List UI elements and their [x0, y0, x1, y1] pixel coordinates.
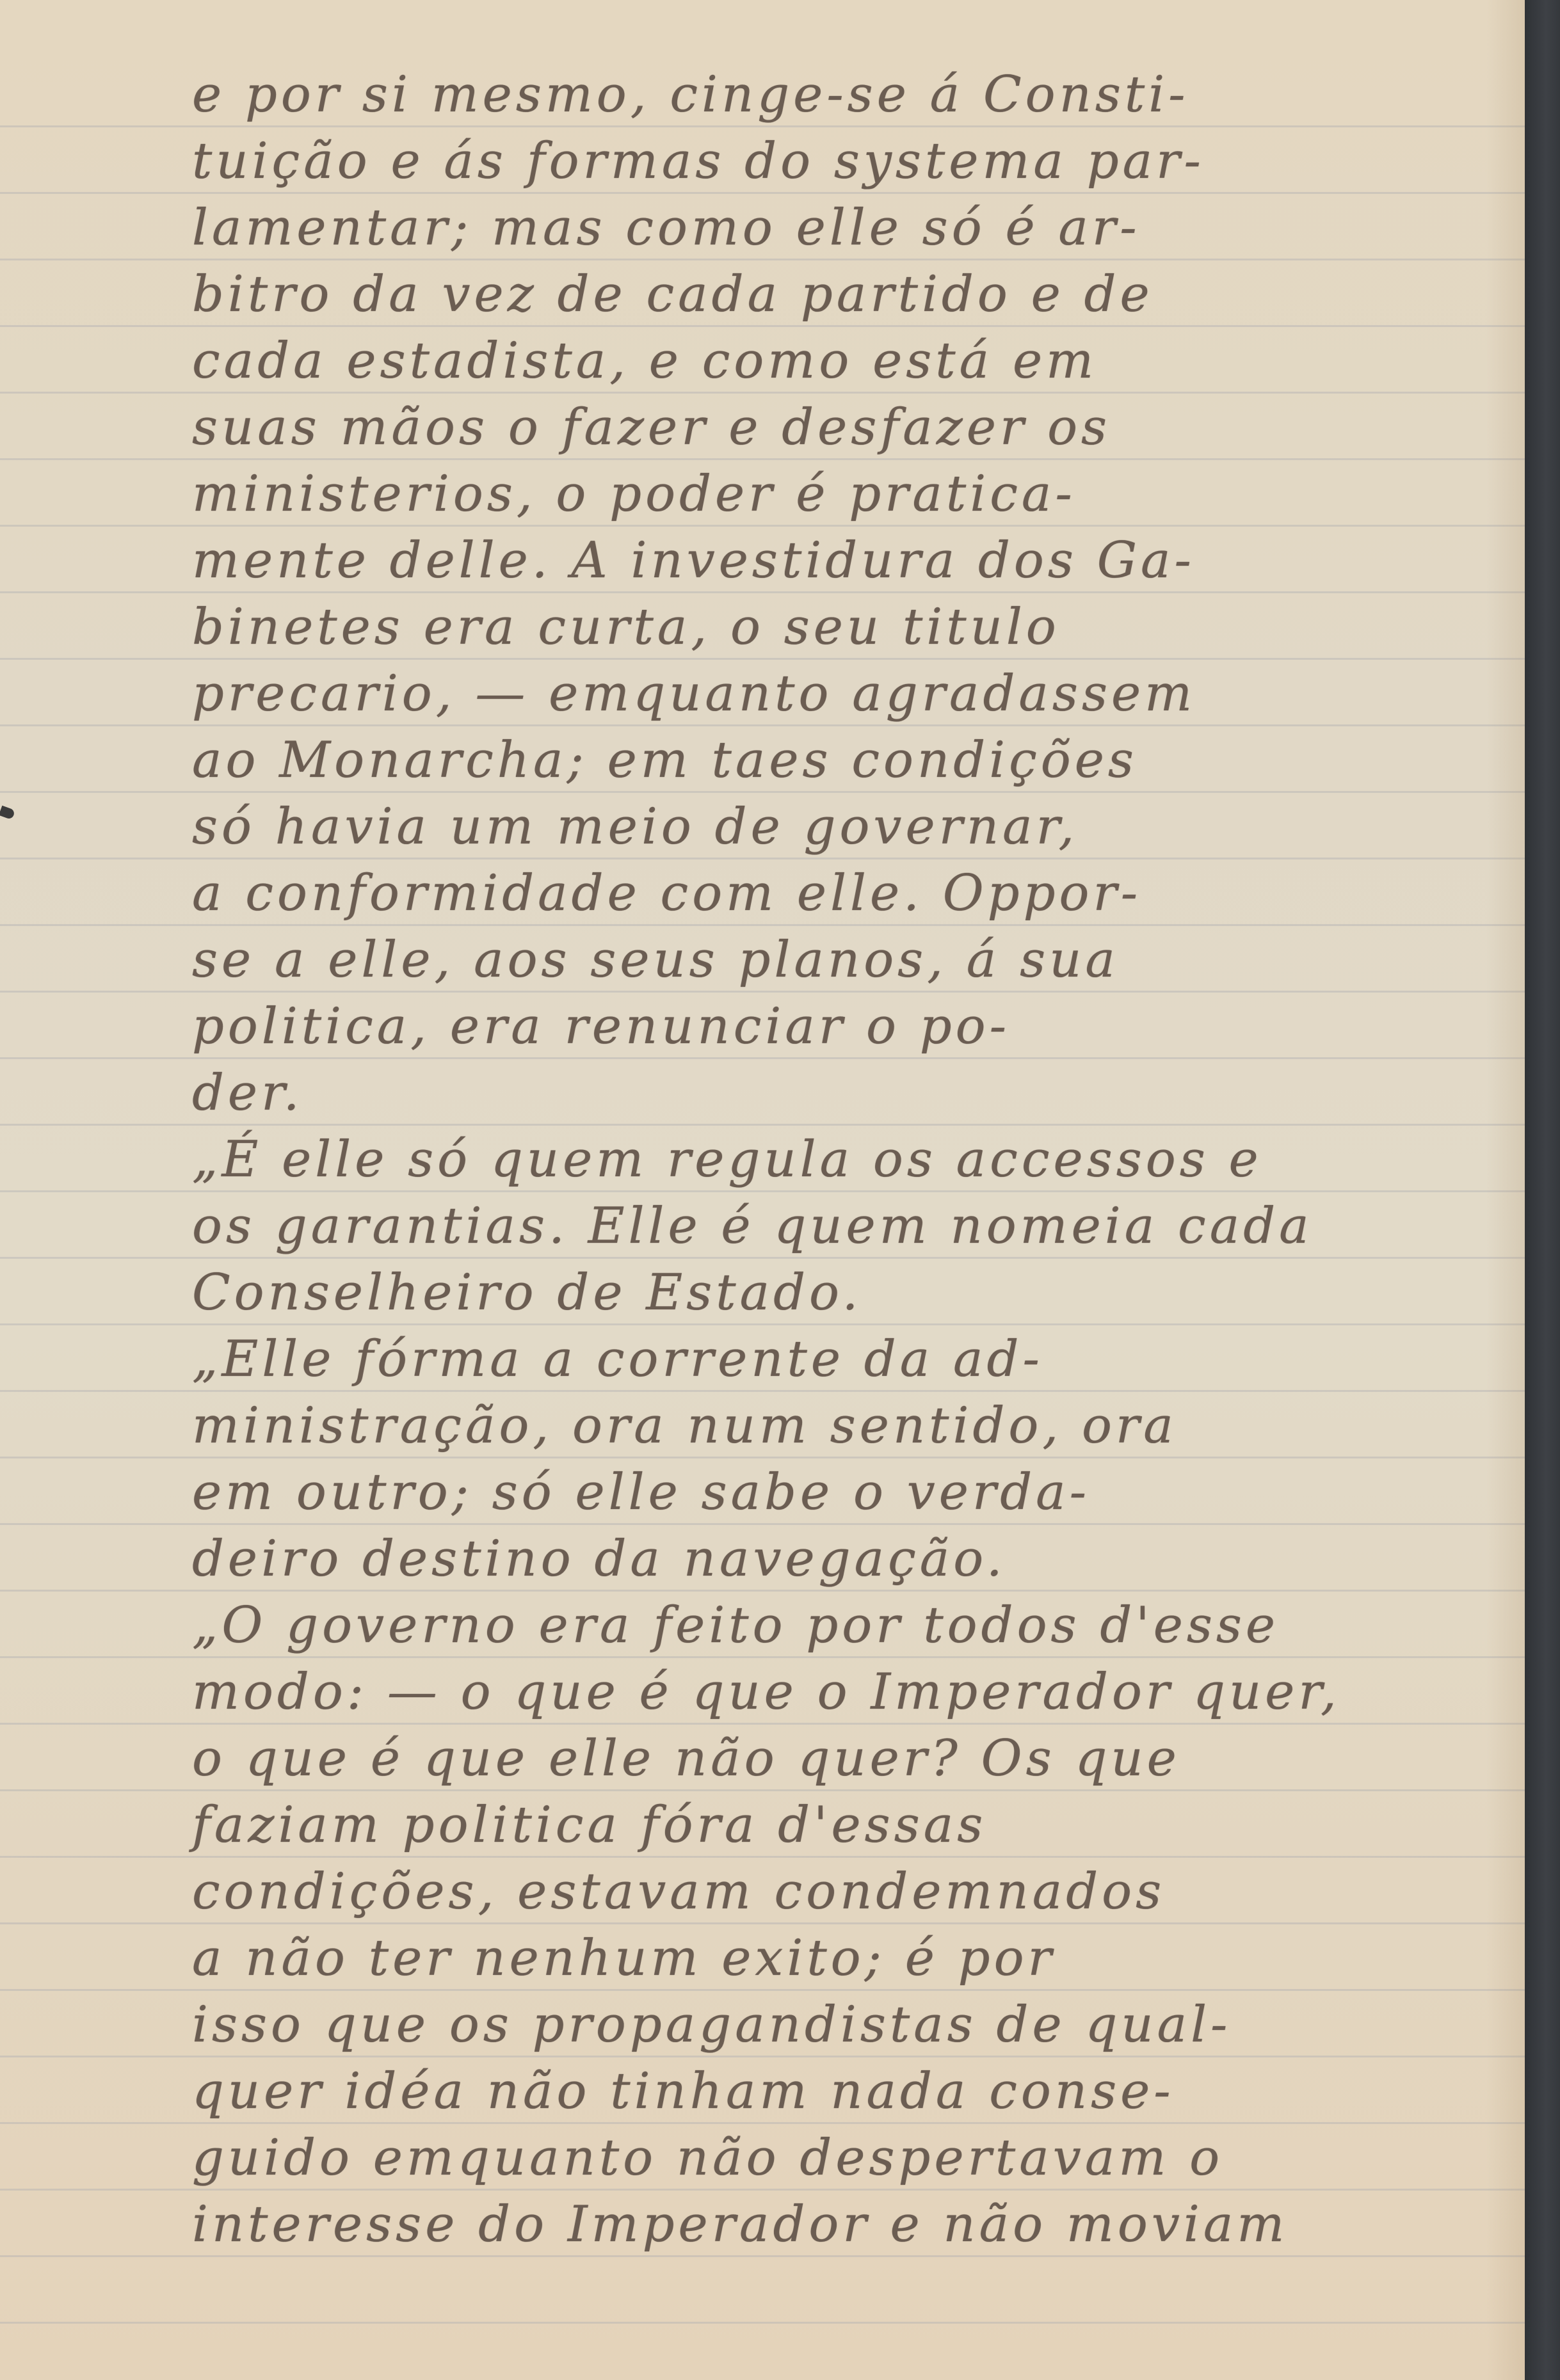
manuscript-line: condições, estavam condemnados: [192, 1856, 1479, 1928]
manuscript-line: guido emquanto não despertavam o: [192, 2122, 1479, 2194]
manuscript-line: modo: — o que é que o Imperador quer,: [192, 1656, 1479, 1728]
manuscript-line: bitro da vez de cada partido e de: [192, 259, 1479, 330]
manuscript-line: lamentar; mas como elle só é ar-: [192, 192, 1479, 264]
manuscript-line: der.: [192, 1057, 1479, 1129]
manuscript-line: Conselheiro de Estado.: [192, 1257, 1479, 1329]
manuscript-line: o que é que elle não quer? Os que: [192, 1723, 1479, 1794]
manuscript-line: politica, era renunciar o po-: [192, 991, 1479, 1062]
manuscript-line: a não ter nenhum exito; é por: [192, 1922, 1479, 1994]
manuscript-line: ministração, ora num sentido, ora: [192, 1390, 1479, 1462]
manuscript-page: e por si mesmo, cinge-se á Consti-tuição…: [0, 0, 1525, 2380]
manuscript-line: e por si mesmo, cinge-se á Consti-: [192, 59, 1479, 131]
manuscript-line: ministerios, o poder é pratica-: [192, 458, 1479, 530]
manuscript-line: binetes era curta, o seu titulo: [192, 591, 1479, 663]
manuscript-line: mente delle. A investidura dos Ga-: [192, 525, 1479, 596]
manuscript-line: a conformidade com elle. Oppor-: [192, 858, 1479, 929]
manuscript-line: deiro destino da navegação.: [192, 1523, 1479, 1595]
manuscript-line: se a elle, aos seus planos, á sua: [192, 924, 1479, 996]
manuscript-line: isso que os propagandistas de qual-: [192, 1989, 1479, 2061]
margin-ink-mark: [0, 806, 15, 820]
ruled-line: [0, 2322, 1525, 2324]
manuscript-line: interesse do Imperador e não moviam: [192, 2189, 1479, 2260]
manuscript-line: em outro; só elle sabe o verda-: [192, 1457, 1479, 1528]
manuscript-line: só havia um meio de governar,: [192, 791, 1479, 863]
manuscript-line: faziam politica fóra d'essas: [192, 1789, 1479, 1861]
manuscript-line: ao Monarcha; em taes condições: [192, 724, 1479, 796]
manuscript-line: „O governo era feito por todos d'esse: [192, 1590, 1479, 1661]
manuscript-line: „Elle fórma a corrente da ad-: [192, 1323, 1479, 1395]
manuscript-line: cada estadista, e como está em: [192, 325, 1479, 397]
manuscript-line: quer idéa não tinham nada conse-: [192, 2056, 1479, 2127]
manuscript-line: „É elle só quem regula os accessos e: [192, 1124, 1479, 1195]
manuscript-line: tuição e ás formas do systema par-: [192, 125, 1479, 197]
manuscript-line: precario, — emquanto agradassem: [192, 658, 1479, 730]
binding-edge: [1525, 0, 1560, 2380]
manuscript-line: os garantias. Elle é quem nomeia cada: [192, 1190, 1479, 1262]
manuscript-line: suas mãos o fazer e desfazer os: [192, 392, 1479, 463]
